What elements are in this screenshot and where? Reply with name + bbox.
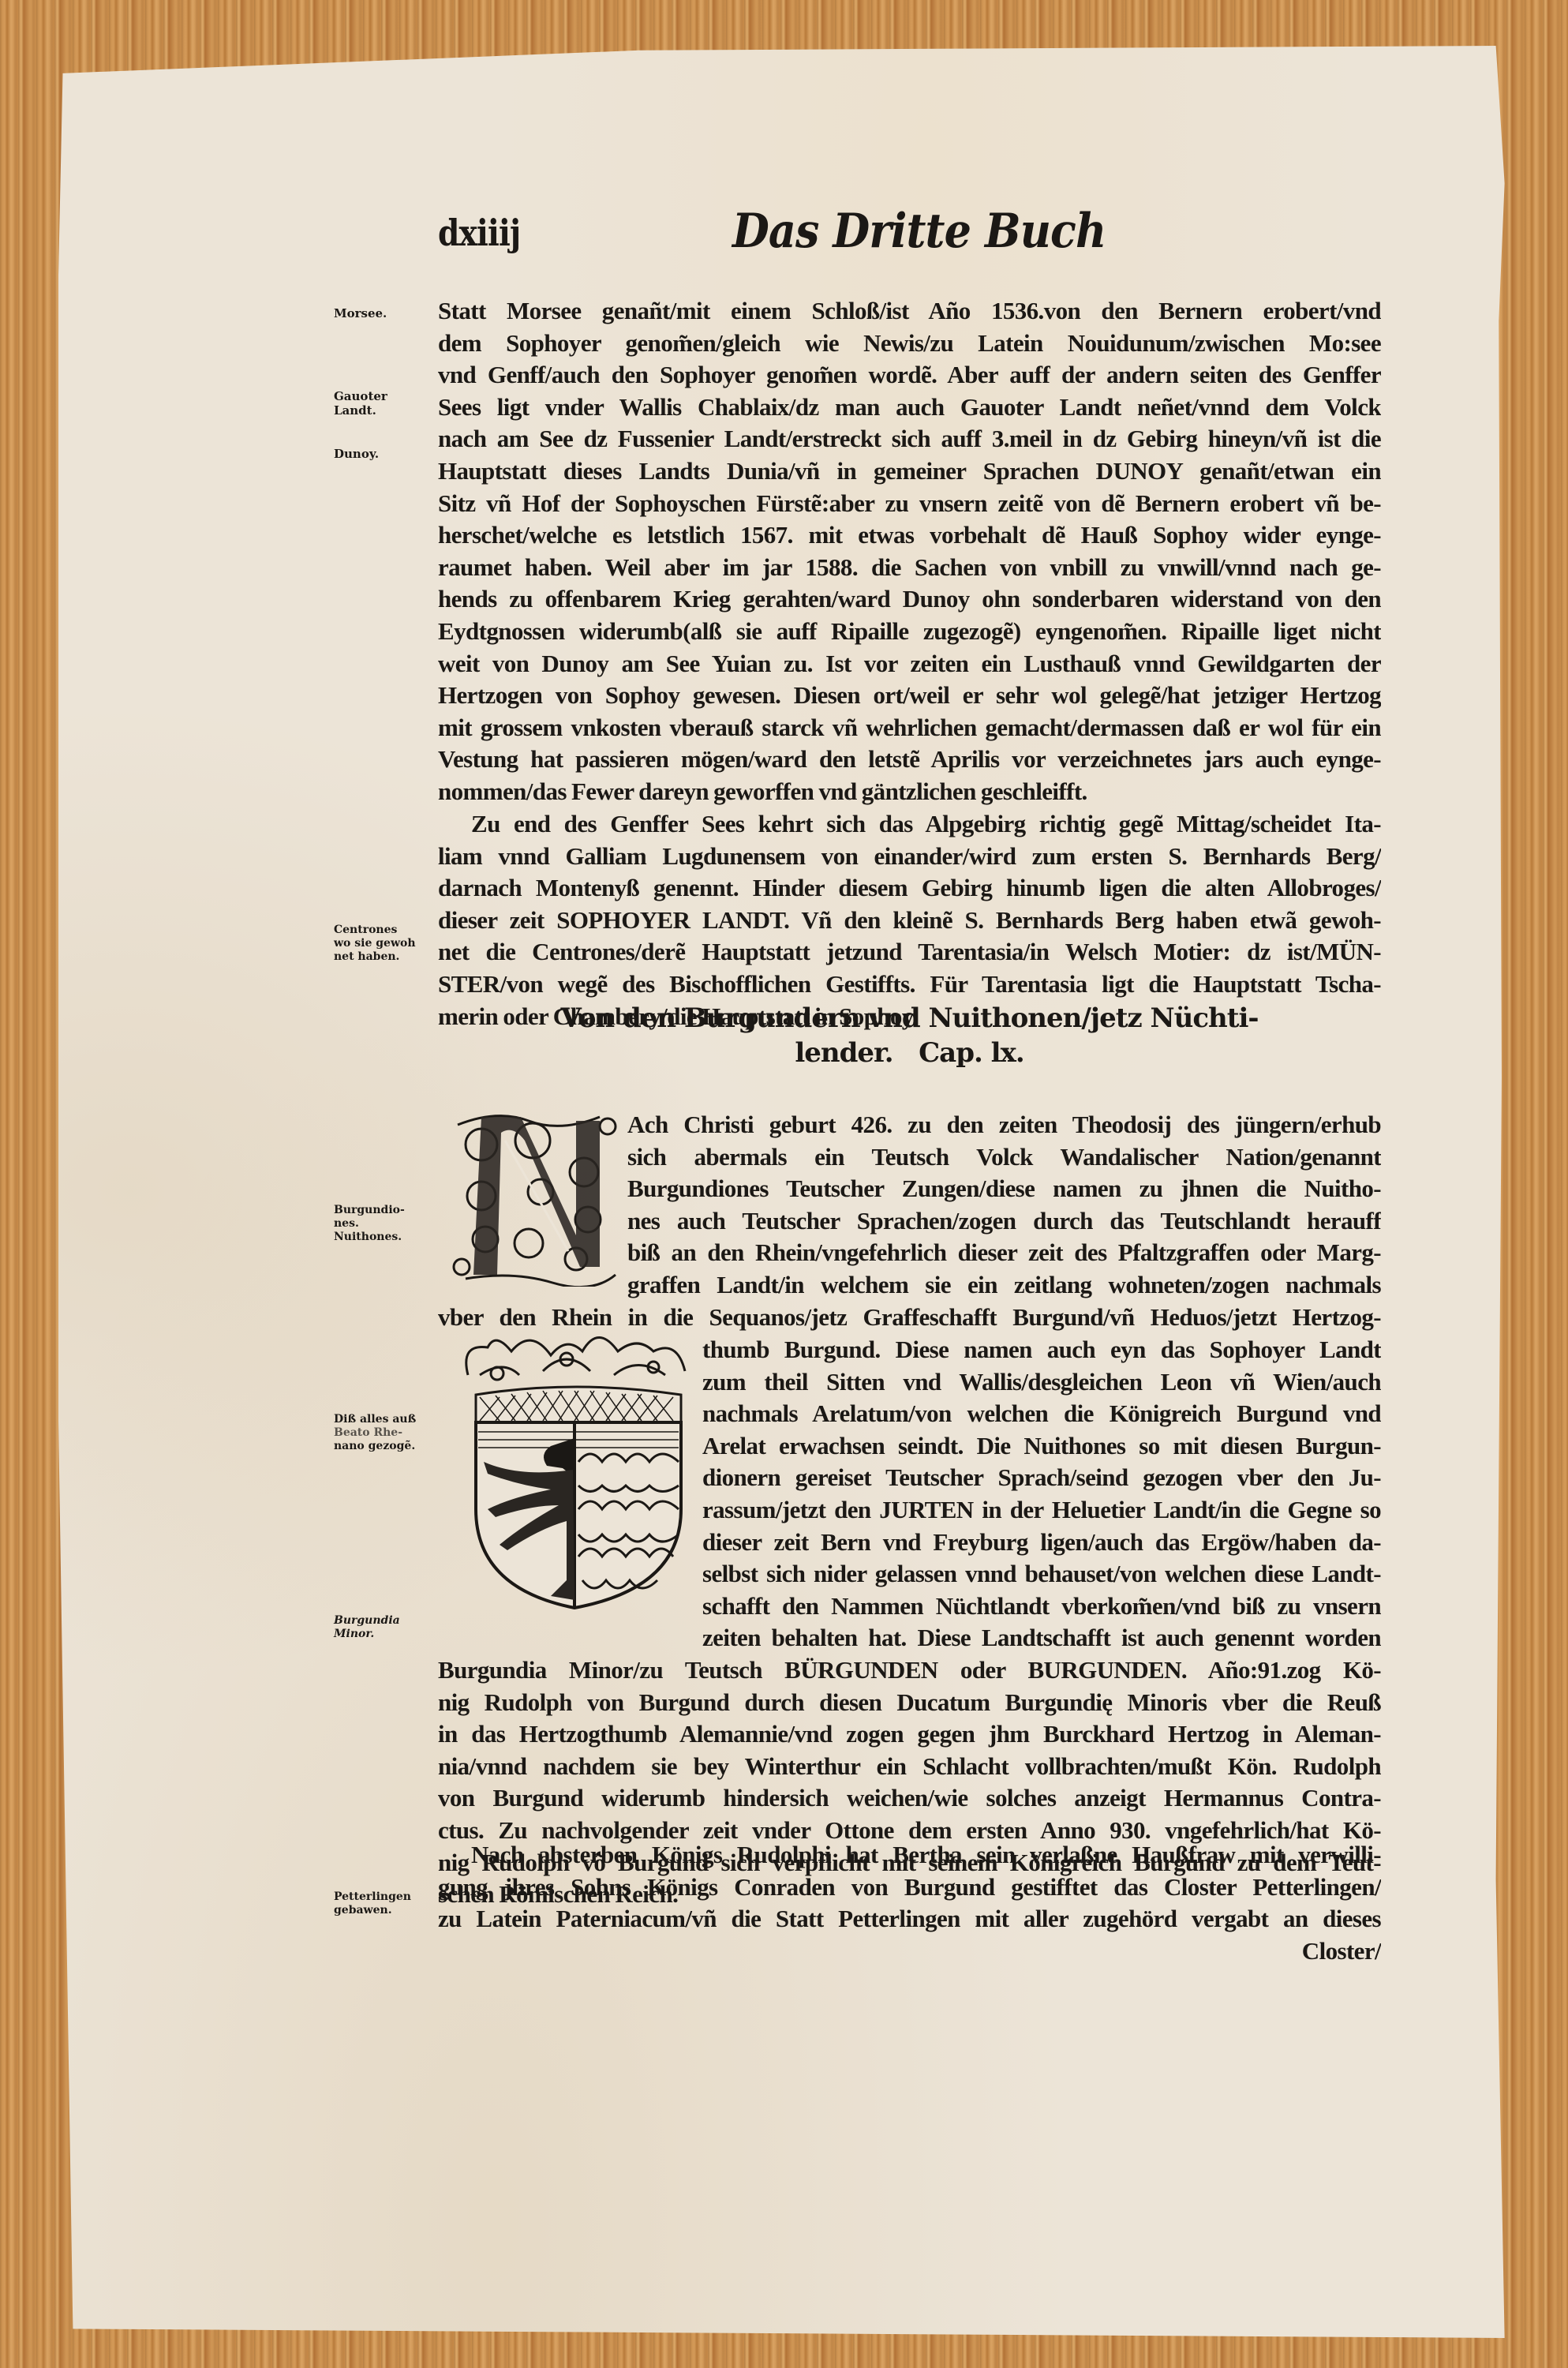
margin-note-line: Burgundia	[334, 1614, 436, 1628]
text-line: Zu end des Genffer Sees kehrt sich das A…	[438, 808, 1381, 841]
text-line: Nach absterben Königs Rudolphi hat Berth…	[438, 1839, 1381, 1872]
text-line: gung jhres Sohns Königs Conraden von Bur…	[438, 1872, 1381, 1904]
text-line: STER/von wegẽ des Bischofflichen Gestiff…	[438, 969, 1381, 1001]
margin-note-centrones: Centrones wo sie gewoh net haben.	[334, 924, 436, 964]
text-line: liam vnnd Galliam Lugdunensem von einand…	[438, 841, 1381, 873]
text-line: dem Sophoyer genom̃en/gleich wie Newis/z…	[438, 328, 1381, 360]
margin-note-morsee: Morsee.	[334, 306, 436, 320]
text-line: Vestung hat passieren mögen/ward den let…	[438, 744, 1381, 776]
margin-note-line: wo sie gewoh	[334, 937, 436, 950]
chapter-heading-line2: lender. Cap. lx.	[438, 1036, 1381, 1070]
text-line: vnd Genff/auch den Sophoyer genom̃en wor…	[438, 359, 1381, 392]
margin-note-petterlingen: Petterlingen gebawen.	[334, 1890, 436, 1917]
text-line: Ach Christi geburt 426. zu den zeiten Th…	[627, 1109, 1381, 1141]
margin-note-line: Burgundio-	[334, 1204, 436, 1217]
text-line: nommen/das Fewer dareyn geworffen vnd gä…	[438, 776, 1381, 808]
text-line: Sees ligt vnder Wallis Chablaix/dz man a…	[438, 392, 1381, 424]
margin-note-line: Centrones	[334, 924, 436, 937]
text-line: Hertzogen von Sophoy gewesen. Diesen ort…	[438, 680, 1381, 712]
margin-note-burgundiones: Burgundio- nes. Nuithones.	[334, 1204, 436, 1244]
margin-note-line: Dunoy.	[334, 447, 436, 461]
margin-note-line: Beato Rhe-	[334, 1426, 436, 1440]
paragraph-petterlingen: Nach absterben Königs Rudolphi hat Berth…	[438, 1839, 1381, 1967]
margin-note-burgundia-minor: Burgundia Minor.	[334, 1614, 436, 1641]
text-line: biß an den Rhein/vngefehrlich dieser zei…	[627, 1237, 1381, 1269]
text-line: weit von Dunoy am See Yuian zu. Ist vor …	[438, 648, 1381, 680]
text-line: Burgundia Minor/zu Teutsch BÜRGUNDEN ode…	[438, 1654, 1381, 1687]
margin-note-line: Nuithones.	[334, 1231, 436, 1244]
text-line: hends zu offenbarem Krieg gerahten/ward …	[438, 583, 1381, 616]
margin-note-rhenano: Diß alles auß Beato Rhe- nano gezogẽ.	[334, 1413, 436, 1453]
margin-note-line: Minor.	[334, 1628, 436, 1641]
text-line: Sitz vñ Hof der Sophoyschen Fürstẽ:aber …	[438, 488, 1381, 520]
margin-note-line: net haben.	[334, 950, 436, 964]
paragraph-morsee-dunoy: Statt Morsee genañt/mit einem Schloß/ist…	[438, 295, 1381, 808]
paragraph-alpgebirg: Zu end des Genffer Sees kehrt sich das A…	[438, 808, 1381, 1032]
text-line: zum theil Sitten vnd Wallis/desgleichen …	[702, 1366, 1381, 1399]
text-line: Hauptstatt dieses Landts Dunia/vñ in gem…	[438, 455, 1381, 488]
text-line: Eydtgnossen widerumb(alß sie auff Ripail…	[438, 616, 1381, 648]
margin-note-line: gebawen.	[334, 1904, 436, 1917]
text-line: herschet/welche es letstlich 1567. mit e…	[438, 519, 1381, 552]
decorated-initial-n-icon	[450, 1109, 623, 1287]
margin-note-line: Petterlingen	[334, 1890, 436, 1904]
text-line: nachmals Arelatum/von welchen die Königr…	[702, 1398, 1381, 1430]
text-line: nach am See dz Fussenier Landt/erstreckt…	[438, 423, 1381, 455]
catchword: Closter/	[438, 1935, 1381, 1968]
chapter-heading: Von den Burgundern vnd Nuithonen/jetz Nü…	[438, 1001, 1381, 1070]
running-head-title: Das Dritte Buch	[732, 204, 1106, 259]
margin-note-dunoy: Dunoy.	[334, 447, 436, 461]
margin-note-line: Gauoter	[334, 389, 436, 403]
text-line: raumet haben. Weil aber im jar 1588. die…	[438, 552, 1381, 584]
text-line: schafft den Nammen Nüchtlandt vberkom̃en…	[702, 1591, 1381, 1623]
margin-note-line: Landt.	[334, 403, 436, 418]
paragraph-burgundians-beside-arms: thumb Burgund. Diese namen auch eyn das …	[702, 1334, 1381, 1654]
text-line: sich abermals ein Teutsch Volck Wandalis…	[627, 1141, 1381, 1174]
text-line: zu Latein Paterniacum/vñ die Statt Pette…	[438, 1903, 1381, 1935]
text-line: Burgundiones Teutscher Zungen/diese name…	[627, 1173, 1381, 1205]
text-line: Arelat erwachsen seindt. Die Nuithones s…	[702, 1430, 1381, 1463]
text-line: in das Hertzogthumb Alemannie/vnd zogen …	[438, 1718, 1381, 1751]
text-line: dionern gereiset Teutscher Sprach/seind …	[702, 1462, 1381, 1494]
margin-note-gauoter: Gauoter Landt.	[334, 389, 436, 418]
margin-note-line: nano gezogẽ.	[334, 1440, 436, 1453]
text-line: von Burgund widerumb hindersich weichen/…	[438, 1782, 1381, 1815]
folio-number: dxiiij	[438, 212, 520, 254]
paragraph-burgundians-beside-initial: Ach Christi geburt 426. zu den zeiten Th…	[627, 1109, 1381, 1302]
chapter-heading-line1: Von den Burgundern vnd Nuithonen/jetz Nü…	[438, 1001, 1381, 1036]
text-line: selbst sich nider gelassen vnnd behauset…	[702, 1558, 1381, 1591]
text-line: net die Centrones/derẽ Hauptstatt jetzun…	[438, 936, 1381, 969]
coat-of-arms-eagle-icon	[456, 1328, 693, 1612]
text-line: nia/vnnd nachdem sie bey Winterthur ein …	[438, 1751, 1381, 1783]
margin-note-line: nes.	[334, 1217, 436, 1231]
text-line: dieser zeit SOPHOYER LANDT. Vñ den klein…	[438, 905, 1381, 937]
text-line: nig Rudolph von Burgund durch diesen Duc…	[438, 1687, 1381, 1719]
text-line: Statt Morsee genañt/mit einem Schloß/ist…	[438, 295, 1381, 328]
text-line: rassum/jetzt den JURTEN in der Heluetier…	[702, 1494, 1381, 1527]
text-line: dieser zeit Bern vnd Freyburg ligen/auch…	[702, 1527, 1381, 1559]
margin-note-line: Morsee.	[334, 306, 436, 320]
text-line: mit grossem vnkosten vberauß starck vñ w…	[438, 712, 1381, 744]
margin-note-line: Diß alles auß	[334, 1413, 436, 1426]
text-line: nes auch Teutscher Sprachen/zogen durch …	[627, 1205, 1381, 1238]
text-line: thumb Burgund. Diese namen auch eyn das …	[702, 1334, 1381, 1366]
text-line: darnach Montenyß genennt. Hinder diesem …	[438, 872, 1381, 905]
text-line: graffen Landt/in welchem sie ein zeitlan…	[627, 1269, 1381, 1302]
text-line: zeiten behalten hat. Diese Landtschafft …	[702, 1622, 1381, 1654]
